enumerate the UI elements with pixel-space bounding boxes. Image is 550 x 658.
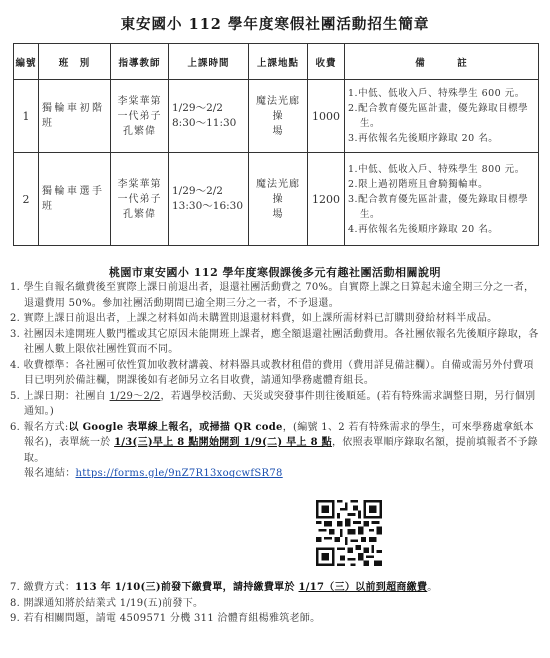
header-notes: 備 註	[345, 44, 539, 80]
class-date-range: 1/29～2/2	[110, 391, 161, 402]
rule-9: 9. 若有相關問題，請電 4509571 分機 311 洽體育組楊雅筑老師。	[10, 611, 540, 627]
header-time: 上課時間	[169, 44, 249, 80]
table-row: 1 獨輪車初階班 李棠華第 一代弟子 孔繁偉 1/29～2/2 8:30～11:…	[14, 80, 539, 153]
cell-location: 魔法光廊操 場	[249, 80, 308, 153]
teacher-line: 李棠華第	[113, 94, 166, 109]
rule-3: 3. 社團因未達開班人數門檻或其它原因未能開班上課者，應全額退還社團活動費用。各…	[10, 327, 540, 358]
teacher-line: 李棠華第	[113, 177, 166, 192]
cell-notes: 1.中低、低收入戶、特殊學生 800 元。 2.限上過初階班且會騎獨輪車。 3.…	[345, 153, 539, 246]
table-header-row: 編號 班 別 指導教師 上課時間 上課地點 收費 備 註	[14, 44, 539, 80]
time-dates: 1/29～2/2	[172, 184, 245, 199]
location-line: 魔法光廊操	[251, 177, 305, 207]
enrollment-table: 編號 班 別 指導教師 上課時間 上課地點 收費 備 註 1 獨輪車初階班 李棠…	[13, 43, 539, 246]
cell-class-name: 獨輪車選手班	[39, 153, 111, 246]
rule-5: 5. 上課日期：社團自 1/29～2/2，若遇學校活動、天災或突發事件則往後順延…	[10, 389, 540, 420]
qr-code-icon[interactable]	[316, 500, 382, 566]
cell-fee: 1000	[308, 80, 345, 153]
rule-7: 7. 繳費方式：113 年 1/10(三)前發下繳費單，請持繳費單於 1/17（…	[10, 580, 540, 596]
header-location: 上課地點	[249, 44, 308, 80]
rule-5-prefix: 5. 上課日期：社團自	[10, 391, 110, 402]
location-line: 魔法光廊操	[251, 94, 305, 124]
location-line: 場	[251, 124, 305, 139]
payment-deadline: 1/17（三）以前到超商繳費	[299, 582, 428, 593]
note-item: 3.配合教育優先區計畫，優先錄取目標學生。	[348, 192, 535, 222]
payment-info: 113 年 1/10(三)前發下繳費單，請持繳費單於	[75, 582, 298, 593]
rule-2: 2. 實際上課日前退出者，上課之材料如尚未購置則退還材料費，如上課所需材料已訂購…	[10, 311, 540, 327]
note-item: 2.配合教育優先區計畫，優先錄取目標學生。	[348, 101, 535, 131]
rule-6: 6. 報名方式:以 Google 表單線上報名，或掃描 QR code，(編號 …	[10, 420, 540, 467]
note-item: 2.限上過初階班且會騎獨輪車。	[348, 177, 535, 192]
teacher-line: 一代弟子	[113, 109, 166, 124]
cell-time: 1/29～2/2 13:30～16:30	[169, 153, 249, 246]
cell-notes: 1.中低、低收入戶、特殊學生 600 元。 2.配合教育優先區計畫，優先錄取目標…	[345, 80, 539, 153]
note-item: 4.再依報名先後順序錄取 20 名。	[348, 222, 535, 237]
time-dates: 1/29～2/2	[172, 101, 245, 116]
table-row: 2 獨輪車選手班 李棠華第 一代弟子 孔繁偉 1/29～2/2 13:30～16…	[14, 153, 539, 246]
rule-7-prefix: 7. 繳費方式：	[10, 582, 75, 593]
rules-list-continued: 7. 繳費方式：113 年 1/10(三)前發下繳費單，請持繳費單於 1/17（…	[10, 580, 540, 627]
signup-window: 1/3(三)早上 8 點開始開到 1/9(二) 早上 8 點	[114, 437, 332, 448]
signup-link-row: 報名連結：https://forms.gle/9nZ7R13xoqcwfSR78	[10, 466, 540, 482]
page-title: 東安國小 112 學年度寒假社團活動招生簡章	[0, 13, 550, 34]
location-line: 場	[251, 207, 305, 222]
time-hours: 8:30～11:30	[172, 116, 245, 131]
header-fee: 收費	[308, 44, 345, 80]
cell-class-name: 獨輪車初階班	[39, 80, 111, 153]
teacher-line: 孔繁偉	[113, 207, 166, 222]
header-teacher: 指導教師	[111, 44, 169, 80]
cell-location: 魔法光廊操 場	[249, 153, 308, 246]
signup-method: 以 Google 表單線上報名，或掃描 QR code	[69, 422, 283, 433]
cell-teacher: 李棠華第 一代弟子 孔繁偉	[111, 80, 169, 153]
note-item: 3.再依報名先後順序錄取 20 名。	[348, 131, 535, 146]
cell-time: 1/29～2/2 8:30～11:30	[169, 80, 249, 153]
cell-teacher: 李棠華第 一代弟子 孔繁偉	[111, 153, 169, 246]
section-subtitle: 桃園市東安國小 112 學年度寒假課後多元有趣社團活動相關說明	[0, 264, 550, 280]
cell-fee: 1200	[308, 153, 345, 246]
rule-6-prefix: 6. 報名方式:	[10, 422, 69, 433]
rule-1: 1. 學生自報名繳費後至實際上課日前退出者，退還社團活動費之 70%。自實際上課…	[10, 280, 540, 311]
teacher-line: 一代弟子	[113, 192, 166, 207]
signup-link-label: 報名連結：	[24, 468, 76, 479]
header-number: 編號	[14, 44, 39, 80]
cell-number: 2	[14, 153, 39, 246]
note-item: 1.中低、低收入戶、特殊學生 600 元。	[348, 86, 535, 101]
header-class: 班 別	[39, 44, 111, 80]
note-item: 1.中低、低收入戶、特殊學生 800 元。	[348, 162, 535, 177]
rule-7-suffix: 。	[427, 582, 437, 593]
cell-number: 1	[14, 80, 39, 153]
rules-list: 1. 學生自報名繳費後至實際上課日前退出者，退還社團活動費之 70%。自實際上課…	[10, 280, 540, 482]
time-hours: 13:30～16:30	[172, 199, 245, 214]
rule-8: 8. 開課通知將於結業式 1/19(五)前發下。	[10, 596, 540, 612]
teacher-line: 孔繁偉	[113, 124, 166, 139]
rule-4: 4. 收費標準：各社團可依性質加收教材講義、材料器具或教材租借的費用（費用詳見備…	[10, 358, 540, 389]
signup-form-link[interactable]: https://forms.gle/9nZ7R13xoqcwfSR78	[76, 468, 283, 479]
